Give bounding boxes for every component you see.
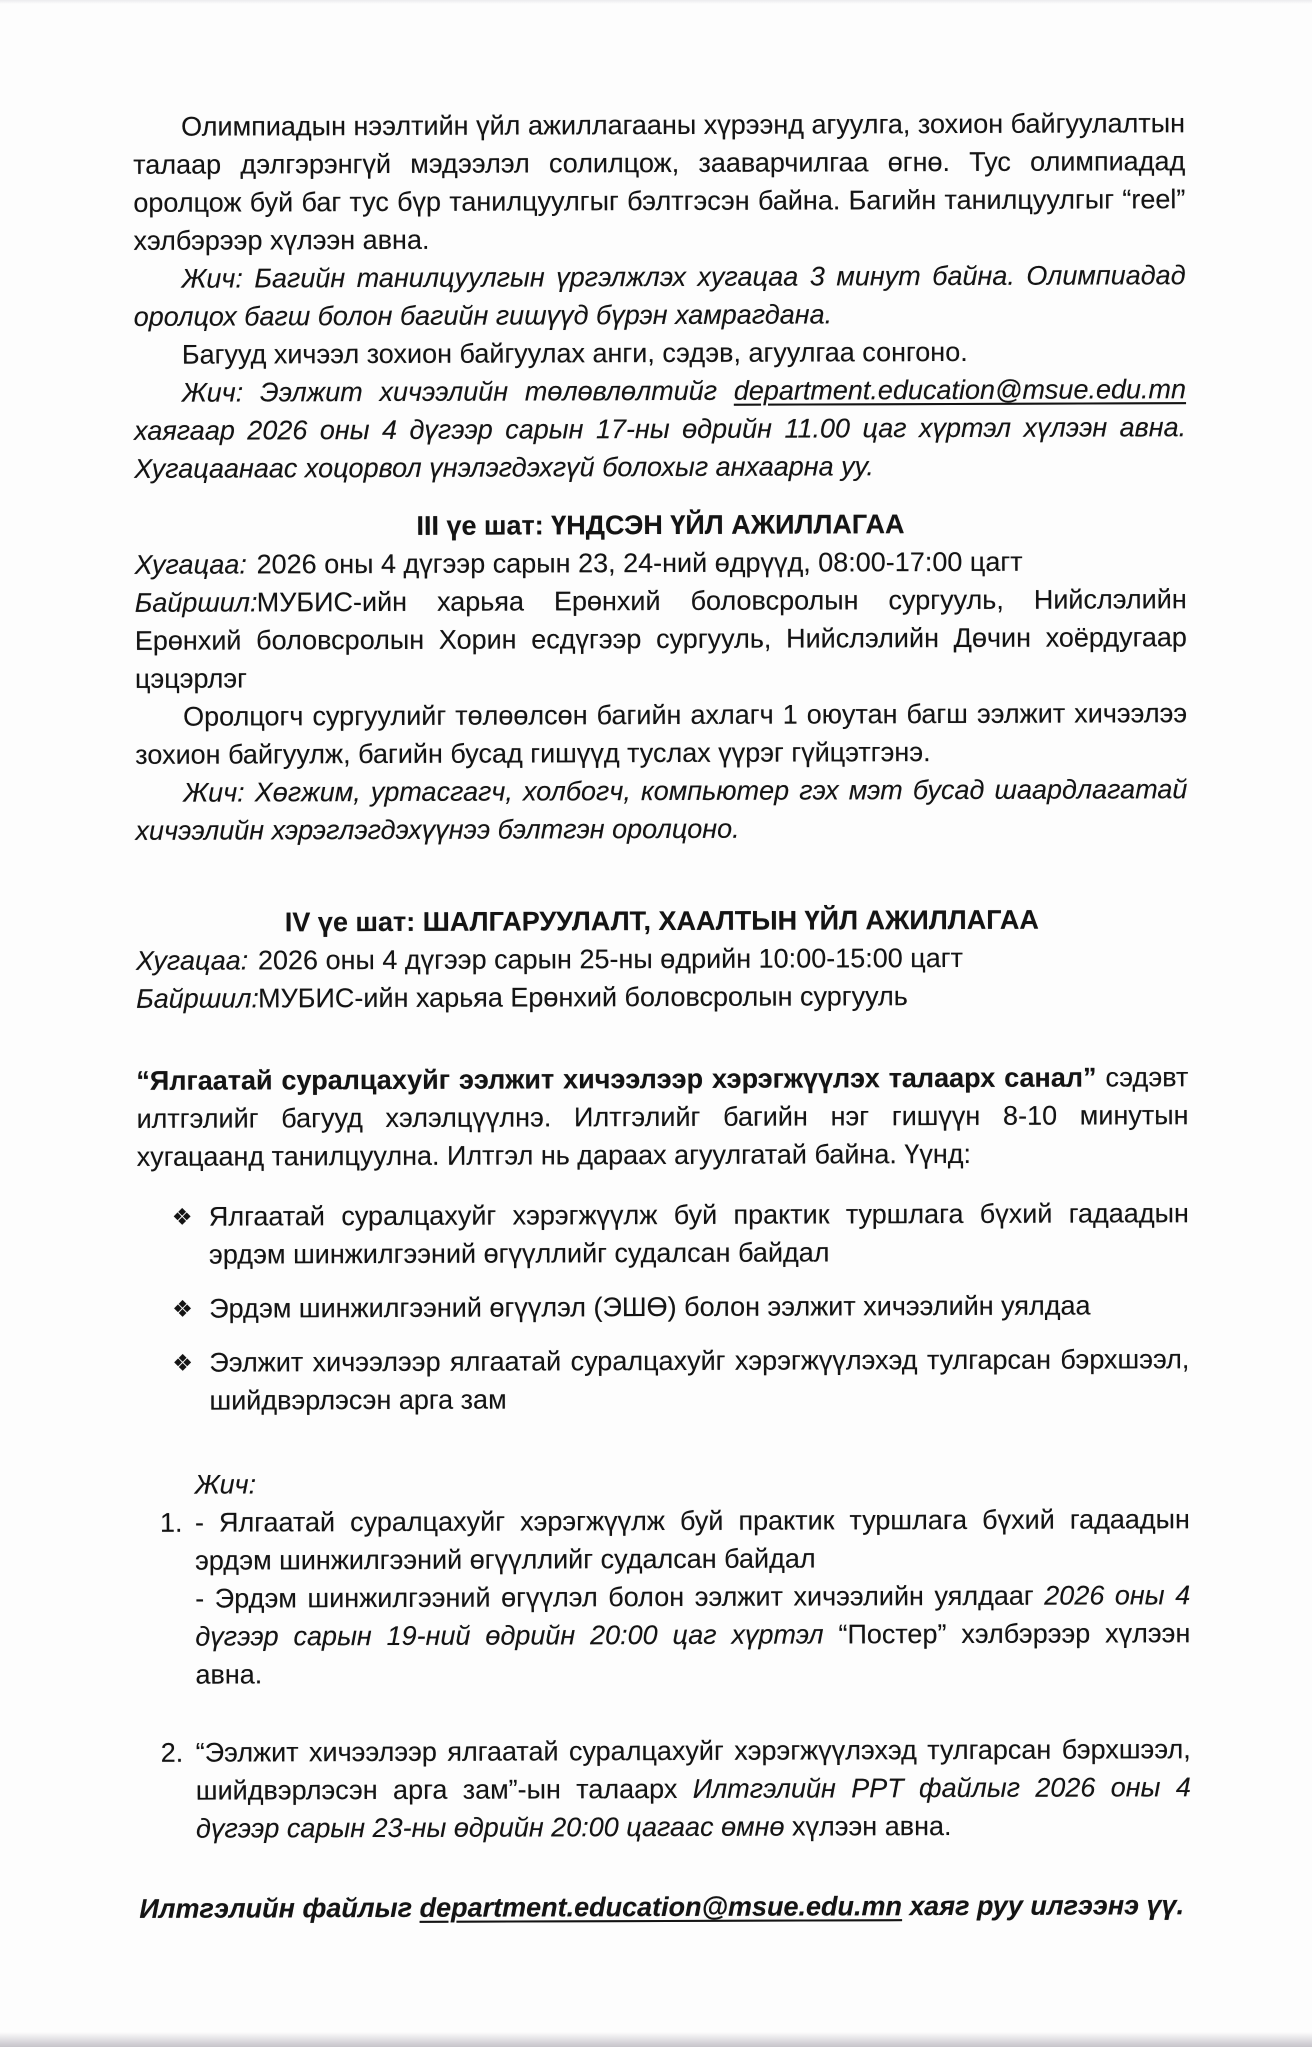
time-label: Хугацаа: (136, 941, 258, 979)
bullet-item-2: ❖ Эрдэм шинжилгээний өгүүлэл (ЭШӨ) болон… (172, 1286, 1189, 1328)
bullet-item-3: ❖ Ээлжит хичээлээр ялгаатай суралцахуйг … (172, 1340, 1189, 1420)
email-address: department.education@msue.edu.mn (734, 374, 1186, 406)
note-reel-duration: Жич: Багийн танилцуулгын үргэлжлэх хугац… (134, 256, 1186, 336)
bullet-text: Ээлжит хичээлээр ялгаатай суралцахуйг хэ… (209, 1340, 1189, 1419)
location-value: МУБИС-ийн харьяа Ерөнхий боловсролын сур… (258, 981, 908, 1013)
note2-text-post: хаягаар 2026 оны 4 дүгээр сарын 17-ны өд… (134, 412, 1186, 484)
numbered-item-2: 2. “Ээлжит хичээлээр ялгаатай суралцахуй… (139, 1730, 1191, 1848)
class-selection-line: Багууд хичээл зохион байгуулах анги, сэд… (134, 332, 1186, 374)
stage3-location-row: Байршил:МУБИС-ийн харьяа Ерөнхий боловср… (135, 580, 1187, 698)
stage3-paragraph: Оролцогч сургуулийг төлөөлсөн багийн ахл… (135, 694, 1187, 774)
stage3-heading: III үе шат: ҮНДСЭН ҮЙЛ АЖИЛЛАГАА (134, 504, 1186, 546)
subitem-poster-deadline: - Эрдэм шинжилгээний өгүүлэл болон ээлжи… (195, 1576, 1190, 1693)
document-content: Олимпиадын нээлтийн үйл ажиллагааны хүрэ… (133, 104, 1191, 1928)
time-label: Хугацаа: (135, 545, 257, 583)
stage3-note: Жич: Хөгжим, уртасгагч, холбогч, компьют… (135, 770, 1187, 850)
note2-text-pre: Жич: Ээлжит хичээлийн төлөвлөлтийг (182, 376, 734, 408)
item-text: “Ээлжит хичээлээр ялгаатай суралцахуйг х… (196, 1730, 1191, 1847)
subitem-article-study: - Ялгаатай суралцахуйг хэрэгжүүлж буй пр… (195, 1500, 1190, 1579)
notes-heading: Жич: (195, 1462, 1190, 1503)
item-number: 1. (160, 1504, 196, 1694)
item-text: - Ялгаатай суралцахуйг хэрэгжүүлж буй пр… (195, 1500, 1191, 1693)
footer-text-post: хаяг руу илгээнэ үү. (902, 1890, 1184, 1921)
stage4-time-row: Хугацаа:2026 оны 4 дүгээр сарын 25-ны өд… (136, 938, 1188, 980)
proposal-title: “Ялгаатай суралцахуйг ээлжит хичээлээр х… (136, 1062, 1096, 1095)
stage3-time-row: Хугацаа:2026 оны 4 дүгээр сарын 23, 24-н… (135, 542, 1187, 584)
subitem-text-pre: - Эрдэм шинжилгээний өгүүлэл болон ээлжи… (195, 1581, 1044, 1614)
scanned-document-page: Олимпиадын нээлтийн үйл ажиллагааны хүрэ… (0, 0, 1312, 2047)
bullet-text: Эрдэм шинжилгээний өгүүлэл (ЭШӨ) болон э… (209, 1286, 1189, 1327)
diamond-bullet-icon: ❖ (172, 1290, 209, 1328)
item2-text-post: хүлээн авна. (792, 1811, 952, 1842)
location-label: Байршил: (136, 979, 258, 1017)
time-value: 2026 оны 4 дүгээр сарын 25-ны өдрийн 10:… (258, 943, 963, 975)
time-value: 2026 оны 4 дүгээр сарын 23, 24-ний өдрүү… (257, 547, 1023, 580)
stage4-location-row: Байршил:МУБИС-ийн харьяа Ерөнхий боловср… (136, 976, 1188, 1018)
proposal-paragraph: “Ялгаатай суралцахуйг ээлжит хичээлээр х… (136, 1058, 1188, 1176)
bullet-text: Ялгаатай суралцахуйг хэрэгжүүлж буй прак… (209, 1194, 1189, 1273)
location-value: МУБИС-ийн харьяа Ерөнхий боловсролын сур… (135, 584, 1187, 694)
stage4-heading: IV үе шат: ШАЛГАРУУЛАЛТ, ХААЛТЫН ҮЙЛ АЖИ… (136, 900, 1188, 942)
item-number: 2. (161, 1734, 196, 1848)
scan-top-edge-artifact (0, 0, 1312, 4)
intro-paragraph: Олимпиадын нээлтийн үйл ажиллагааны хүрэ… (133, 104, 1186, 260)
note-lesson-plan-deadline: Жич: Ээлжит хичээлийн төлөвлөлтийг depar… (134, 370, 1186, 488)
email-address: department.education@msue.edu.mn (420, 1891, 903, 1923)
submission-footer: Илтгэлийн файлыг department.education@ms… (139, 1886, 1191, 1928)
diamond-bullet-icon: ❖ (172, 1344, 209, 1420)
location-label: Байршил: (135, 583, 257, 621)
bullet-item-1: ❖ Ялгаатай суралцахуйг хэрэгжүүлж буй пр… (172, 1194, 1189, 1274)
proposal-bullet-list: ❖ Ялгаатай суралцахуйг хэрэгжүүлж буй пр… (137, 1194, 1190, 1420)
numbered-item-1: 1. - Ялгаатай суралцахуйг хэрэгжүүлж буй… (138, 1500, 1191, 1694)
footer-text-pre: Илтгэлийн файлыг (139, 1893, 419, 1924)
diamond-bullet-icon: ❖ (172, 1198, 209, 1274)
scan-bottom-edge-artifact (0, 2032, 1312, 2047)
